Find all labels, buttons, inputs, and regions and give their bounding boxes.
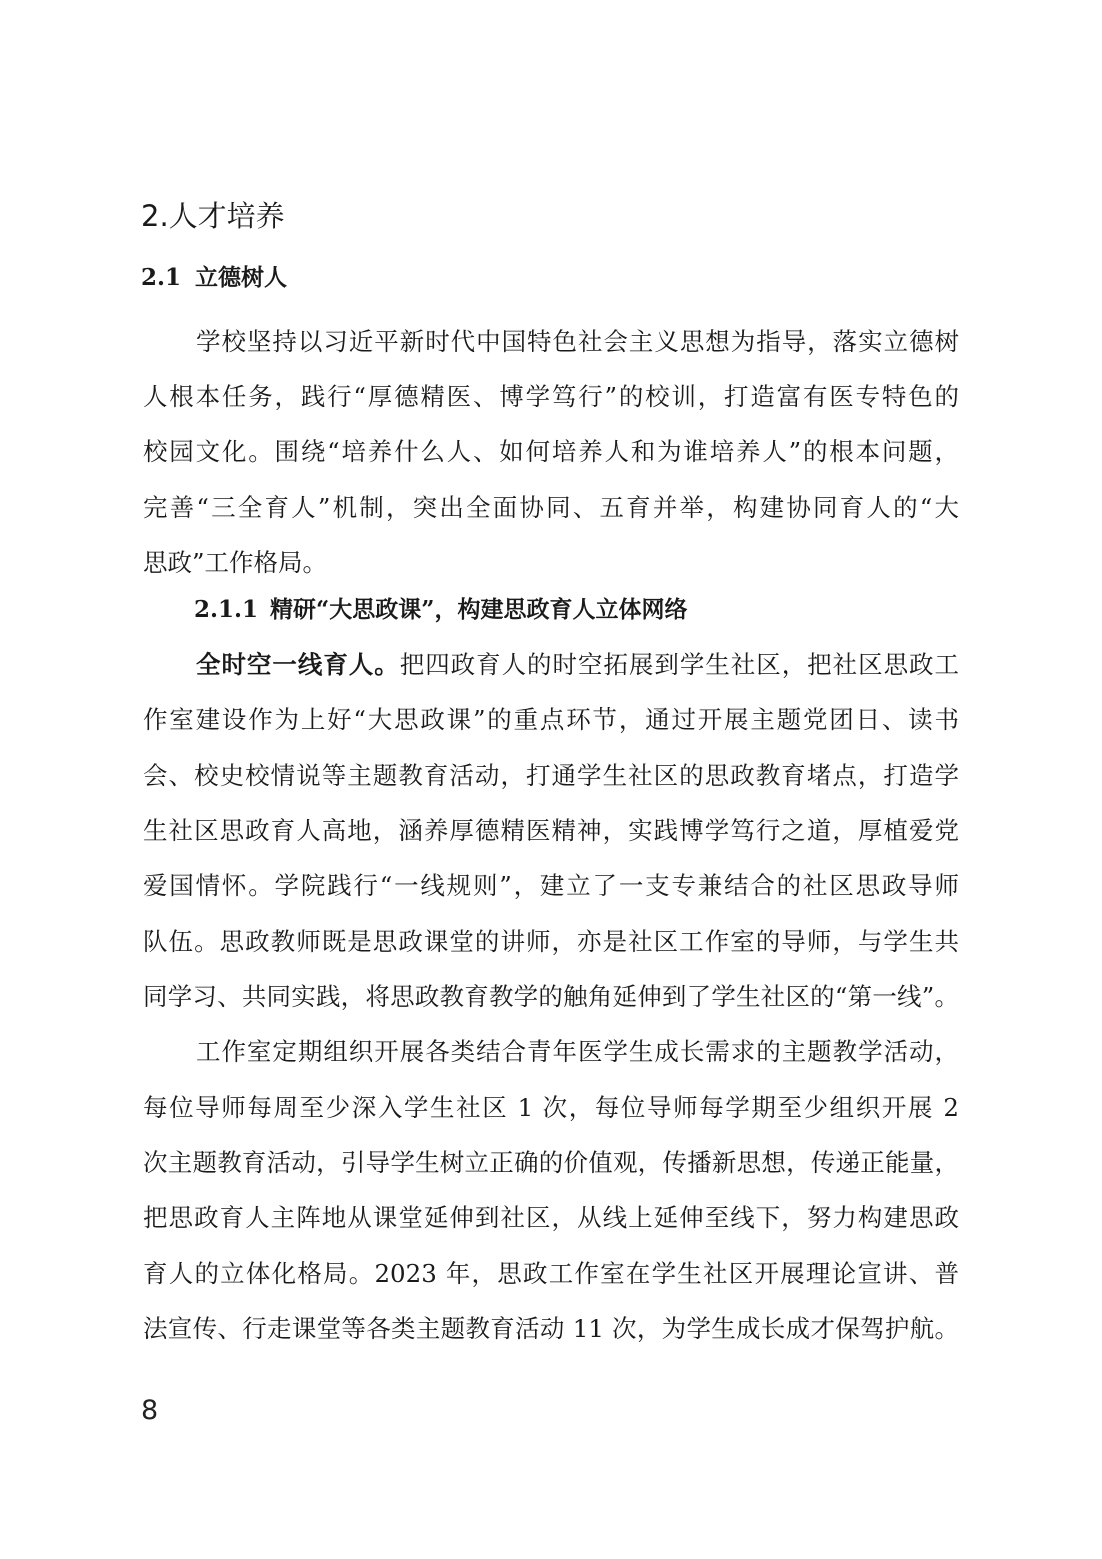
paragraph-line: 法宣传、行走课堂等各类主题教育活动 11 次，为学生成长成才保驾护航。 [143,1309,959,1349]
paragraph-line: 思政”工作格局。 [143,543,959,583]
paragraph-line: 全时空一线育人。把四政育人的时空拓展到学生社区，把社区思政工 [196,645,959,685]
section-heading: 2.人才培养 [141,196,285,236]
paragraph-line: 次主题教育活动，引导学生树立正确的价值观，传播新思想，传递正能量， [143,1143,959,1183]
paragraph-line: 作室建设作为上好“大思政课”的重点环节，通过开展主题党团日、读书 [143,700,959,740]
subsection-heading: 2.1立德树人 [141,260,287,296]
paragraph-line: 把思政育人主阵地从课堂延伸到社区，从线上延伸至线下，努力构建思政 [143,1198,959,1238]
paragraph-line: 育人的立体化格局。2023 年，思政工作室在学生社区开展理论宣讲、普 [143,1254,959,1294]
paragraph-line: 人根本任务，践行“厚德精医、博学笃行”的校训，打造富有医专特色的 [143,377,959,417]
paragraph-line: 完善“三全育人”机制，突出全面协同、五育并举，构建协同育人的“大 [143,488,959,528]
paragraph-line: 每位导师每周至少深入学生社区 1 次，每位导师每学期至少组织开展 2 [143,1088,959,1128]
subsubsection-number: 2.1.1 [194,596,258,623]
subsubsection-title: 精研“大思政课”，构建思政育人立体网络 [270,596,687,623]
lead-bold-phrase: 全时空一线育人。 [196,650,400,679]
paragraph-line: 爱国情怀。学院践行“一线规则”，建立了一支专兼结合的社区思政导师 [143,866,959,906]
paragraph-line: 同学习、共同实践，将思政教育教学的触角延伸到了学生社区的“第一线”。 [143,977,959,1017]
paragraph-line: 学校坚持以习近平新时代中国特色社会主义思想为指导，落实立德树 [196,322,959,362]
paragraph-line: 生社区思政育人高地，涵养厚德精医精神，实践博学笃行之道，厚植爱党 [143,811,959,851]
paragraph-line: 工作室定期组织开展各类结合青年医学生成长需求的主题教学活动， [196,1032,959,1072]
paragraph-line: 校园文化。围绕“培养什么人、如何培养人和为谁培养人”的根本问题， [143,432,959,472]
subsection-number: 2.1 [141,264,181,291]
subsubsection-heading: 2.1.1精研“大思政课”，构建思政育人立体网络 [194,592,688,628]
paragraph-line: 队伍。思政教师既是思政课堂的讲师，亦是社区工作室的导师，与学生共 [143,922,959,962]
document-page: 2.人才培养 2.1立德树人 学校坚持以习近平新时代中国特色社会主义思想为指导，… [0,0,1102,1559]
line-text: 把四政育人的时空拓展到学生社区，把社区思政工 [400,650,959,679]
subsection-title: 立德树人 [195,264,287,291]
paragraph-line: 会、校史校情说等主题教育活动，打通学生社区的思政教育堵点，打造学 [143,756,959,796]
page-number: 8 [141,1394,158,1428]
